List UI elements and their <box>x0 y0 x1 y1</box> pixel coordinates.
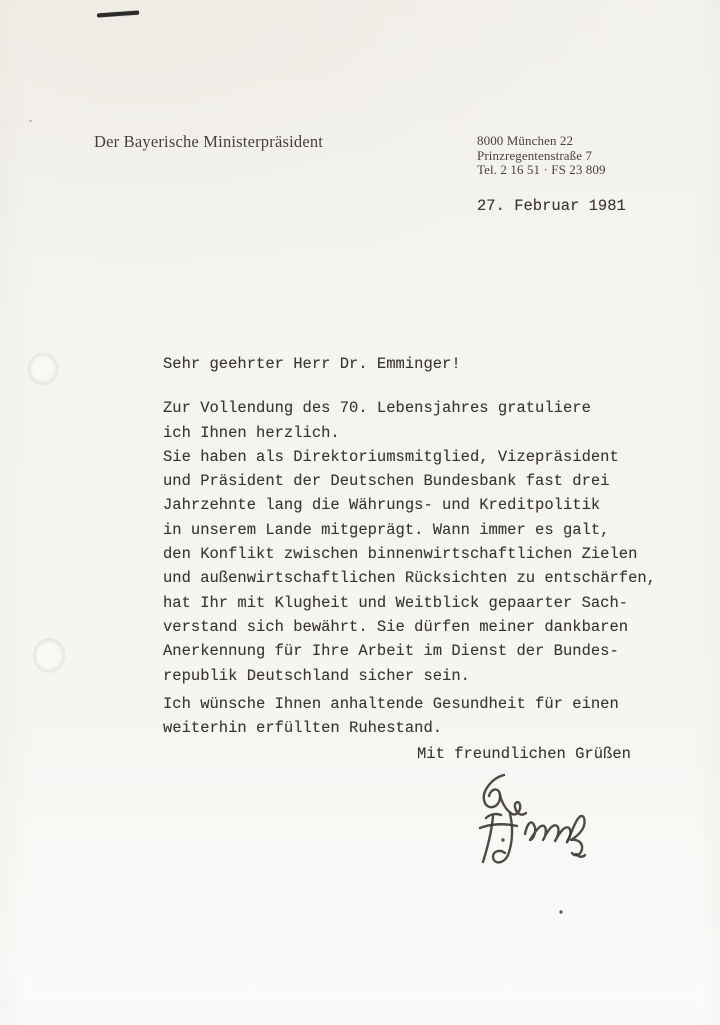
body-line: Jahrzehnte lang die Währungs- und Kredit… <box>163 493 656 517</box>
letterhead-address-block: 8000 München 22 Prinzregentenstraße 7 Te… <box>477 134 606 178</box>
scan-registration-mark <box>97 11 139 18</box>
body-line: und außenwirtschaftlichen Rücksichten zu… <box>163 566 656 590</box>
body-line: Anerkennung für Ihre Arbeit im Dienst de… <box>163 639 656 663</box>
body-line: verstand sich bewährt. Sie dürfen meiner… <box>163 615 656 639</box>
dust-speck <box>29 120 32 122</box>
salutation: Sehr geehrter Herr Dr. Emminger! <box>163 352 656 376</box>
body-line: den Konflikt zwischen binnenwirtschaftli… <box>163 542 656 566</box>
address-line-phone: Tel. 2 16 51 · FS 23 809 <box>477 163 606 178</box>
punch-hole-bottom <box>29 634 69 677</box>
closing-phrase: Mit freundlichen Grüßen <box>417 745 631 763</box>
letter-page: Der Bayerische Ministerpräsident 8000 Mü… <box>0 0 720 1025</box>
letterhead-sender: Der Bayerische Ministerpräsident <box>94 132 323 152</box>
signature-handwriting <box>430 762 630 922</box>
body-line: in unserem Lande mitgeprägt. Wann immer … <box>163 518 656 542</box>
paragraph-career-tribute: Sie haben als Direktoriumsmitglied, Vize… <box>163 445 656 688</box>
body-line: und Präsident der Deutschen Bundesbank f… <box>163 469 656 493</box>
paragraph-congratulation: Zur Vollendung des 70. Lebensjahres grat… <box>163 396 656 445</box>
paragraph-good-wishes: Ich wünsche Ihnen anhaltende Gesundheit … <box>163 692 656 741</box>
body-line: ich Ihnen herzlich. <box>163 421 656 445</box>
body-line: Zur Vollendung des 70. Lebensjahres grat… <box>163 396 656 420</box>
address-line-city: 8000 München 22 <box>477 134 606 149</box>
body-line: Sie haben als Direktoriumsmitglied, Vize… <box>163 445 656 469</box>
body-line: weiterhin erfüllten Ruhestand. <box>163 716 656 740</box>
punch-hole-top <box>24 349 62 389</box>
letter-date: 27. Februar 1981 <box>477 197 626 215</box>
body-line: Ich wünsche Ihnen anhaltende Gesundheit … <box>163 692 656 716</box>
body-line: republik Deutschland sicher sein. <box>163 664 656 688</box>
letter-body: Sehr geehrter Herr Dr. Emminger! Zur Vol… <box>163 352 656 740</box>
address-line-street: Prinzregentenstraße 7 <box>477 149 606 164</box>
body-line: hat Ihr mit Klugheit und Weitblick gepaa… <box>163 591 656 615</box>
